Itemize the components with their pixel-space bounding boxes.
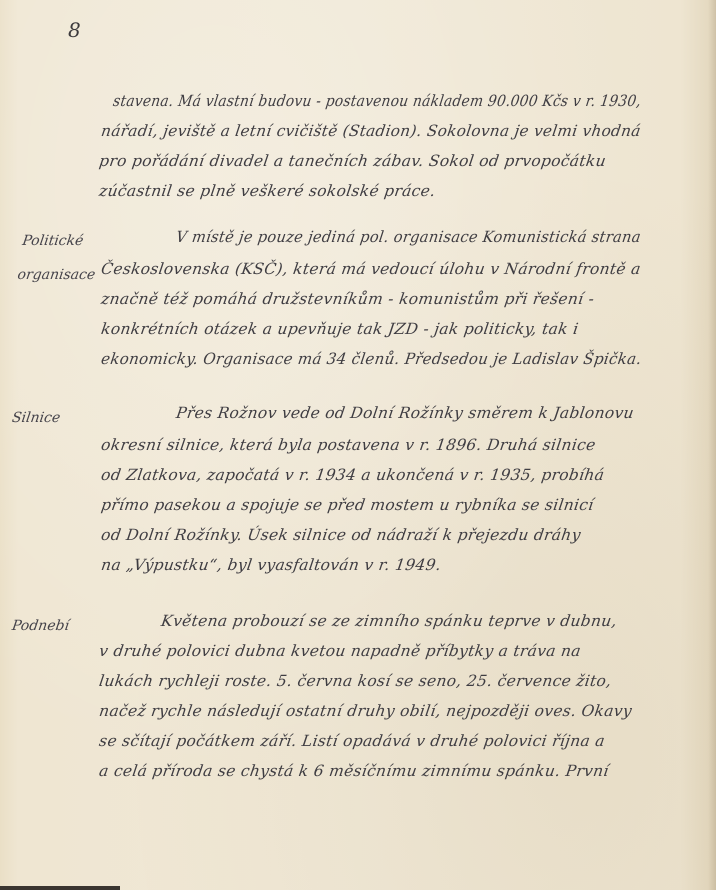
text-line: značně též pomáhá družstevníkům - komuni…	[100, 290, 595, 308]
margin-label-line: Politické	[20, 224, 102, 258]
text-line: se sčítají počátkem září. Listí opadává …	[98, 732, 606, 750]
text-line: přímo pasekou a spojuje se před mostem u…	[100, 496, 595, 514]
margin-label-line: organisace	[15, 258, 97, 292]
text-line: a celá příroda se chystá k 6 měsíčnímu z…	[98, 762, 610, 780]
text-line: zúčastnil se plně veškeré sokolské práce…	[98, 182, 437, 200]
text-line: stavena. Má vlastní budovu - postavenou …	[112, 92, 642, 110]
text-line: okresní silnice, která byla postavena v …	[100, 436, 597, 454]
text-line: ekonomicky. Organisace má 34 členů. Před…	[100, 350, 643, 368]
notebook-page: 8 stavena. Má vlastní budovu - postaveno…	[0, 0, 716, 890]
margin-label-line: Silnice	[9, 400, 62, 436]
text-line: konkrétních otázek a upevňuje tak JZD - …	[100, 320, 580, 338]
text-line: Květena probouzí se ze zimního spánku te…	[160, 612, 618, 630]
text-line: na „Výpustku“, byl vyasfaltován v r. 194…	[100, 556, 442, 574]
margin-label: Silnice	[9, 400, 62, 436]
text-line: od Dolní Rožínky. Úsek silnice od nádraž…	[100, 526, 582, 544]
text-line: Přes Rožnov vede od Dolní Rožínky směrem…	[175, 404, 635, 422]
text-line: od Zlatkova, započatá v r. 1934 a ukonče…	[100, 466, 606, 484]
margin-label: Politické organisace	[15, 224, 102, 292]
text-line: načež rychle následují ostatní druhy obi…	[98, 702, 633, 720]
text-line: Československa (KSČ), která má vedoucí ú…	[100, 260, 642, 278]
text-line: pro pořádání divadel a tanečních zábav. …	[98, 152, 607, 170]
margin-label: Podnebí	[9, 608, 71, 644]
text-line: v druhé polovici dubna kvetou napadně př…	[98, 642, 582, 660]
text-line: nářadí, jeviště a letní cvičiště (Stadio…	[100, 122, 642, 140]
page-edge-shadow	[708, 0, 716, 890]
text-line: lukách rychleji roste. 5. června kosí se…	[98, 672, 613, 690]
margin-label-line: Podnebí	[9, 608, 71, 644]
text-line: V místě je pouze jediná pol. organisace …	[175, 228, 642, 246]
page-number: 8	[68, 18, 81, 42]
